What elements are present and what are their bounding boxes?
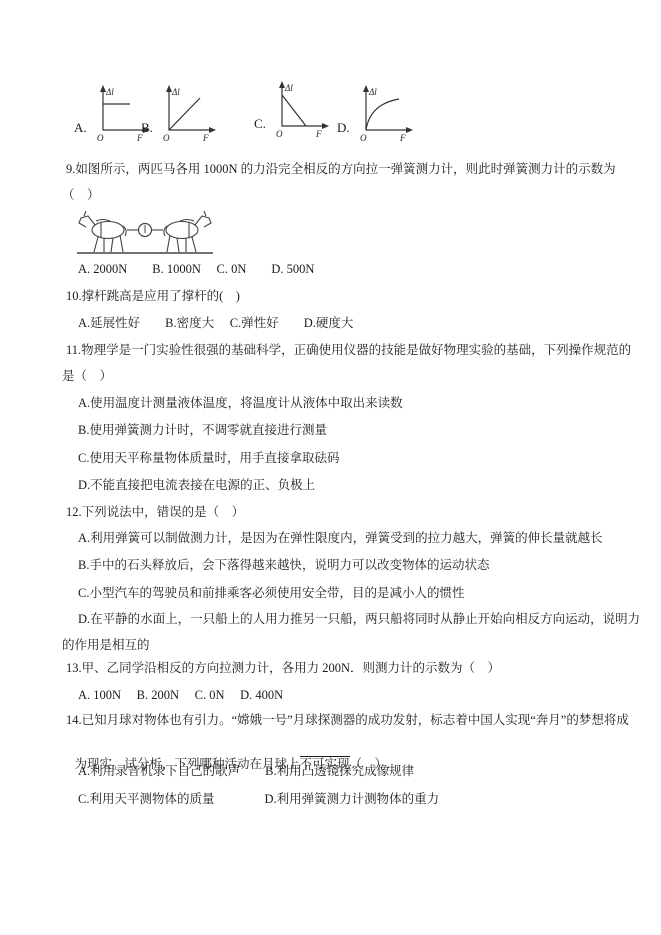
graph-d-concave-curve-plot: Δl O F <box>352 84 416 144</box>
exam-paper-page: A. Δl O F B. Δl O F C. Δl <box>0 0 661 935</box>
x-axis-label: F <box>202 133 209 143</box>
right-horse-icon <box>164 211 211 252</box>
q12-option-d-line1: D.在平静的水面上，一只船上的人用力推另一只船，两只船将同时从静止开始向相反方向… <box>78 610 640 628</box>
x-axis-label: F <box>399 133 406 143</box>
origin-label: O <box>360 133 367 143</box>
q11-text-line1: 11.物理学是一门实验性很强的基础科学，正确使用仪器的技能是做好物理实验的基础，… <box>66 341 631 359</box>
two-horses-pulling-spring-scale-figure <box>70 203 220 257</box>
q9-answer-options: A. 2000N B. 1000N C. 0N D. 500N <box>78 260 314 278</box>
q12-option-c: C.小型汽车的驾驶员和前排乘客必须使用安全带，目的是减小人的惯性 <box>78 584 464 602</box>
y-axis-label: Δl <box>368 87 377 97</box>
graph-d-label: D. <box>337 120 350 144</box>
q14-options-line2: C.利用天平测物体的质量 D.利用弹簧测力计测物体的重力 <box>78 790 439 808</box>
y-axis-label: Δl <box>171 87 180 97</box>
graph-c-falling-line-plot: Δl O F <box>268 80 332 140</box>
origin-label: O <box>163 133 170 143</box>
y-axis-label: Δl <box>284 83 293 93</box>
q11-option-a: A.使用温度计测量液体温度，将温度计从液体中取出来读数 <box>78 394 403 412</box>
graph-a-label: A. <box>74 120 87 144</box>
q12-option-d-line2: 的作用是相互的 <box>62 636 150 654</box>
q12-option-a: A.利用弹簧可以制做测力计，是因为在弹性限度内，弹簧受到的拉力越大，弹簧的伸长量… <box>78 529 603 547</box>
q11-option-d: D.不能直接把电流表接在电源的正、负极上 <box>78 476 315 494</box>
graph-option-b: B. Δl O F <box>141 84 219 144</box>
q10-answer-options: A.延展性好 B.密度大 C.弹性好 D.硬度大 <box>78 314 353 332</box>
q11-option-b: B.使用弹簧测力计时，不调零就直接进行测量 <box>78 421 327 439</box>
q13-text: 13.甲、乙同学沿相反的方向拉测力计，各用力 200N．则测力计的示数为（ ） <box>66 659 500 677</box>
q12-option-b: B.手中的石头释放后，会下落得越来越快，说明力可以改变物体的运动状态 <box>78 556 489 574</box>
left-horse-icon <box>79 211 126 252</box>
graph-b-label: B. <box>141 120 153 144</box>
graph-c-label: C. <box>254 116 266 140</box>
q9-text-line1: 9.如图所示，两匹马各用 1000N 的力沿完全相反的方向拉一弹簧测力计，则此时… <box>66 160 616 178</box>
q13-answer-options: A. 100N B. 200N C. 0N D. 400N <box>78 686 283 704</box>
q14-options-line1: A.利用录音机录下自己的歌声 B.利用凸透镜探究成像规律 <box>78 762 414 780</box>
origin-label: O <box>97 133 104 143</box>
x-axis-label: F <box>315 129 322 139</box>
graph-option-d: D. Δl O F <box>337 84 416 144</box>
origin-label: O <box>276 129 283 139</box>
q9-text-line2: （ ） <box>62 186 100 204</box>
graph-option-c: C. Δl O F <box>254 80 332 140</box>
graph-b-rising-line-plot: Δl O F <box>155 84 219 144</box>
q11-option-c: C.使用天平称量物体质量时，用手直接拿取砝码 <box>78 449 339 467</box>
q11-text-line2: 是（ ） <box>62 367 112 385</box>
y-axis-label: Δl <box>105 87 114 97</box>
q12-text: 12.下列说法中，错误的是（ ） <box>66 503 244 521</box>
q14-text-line1: 14.已知月球对物体也有引力。“嫦娥一号”月球探测器的成功发射，标志着中国人实现… <box>66 711 629 729</box>
q10-text: 10.撑杆跳高是应用了撑杆的( ) <box>66 287 240 305</box>
